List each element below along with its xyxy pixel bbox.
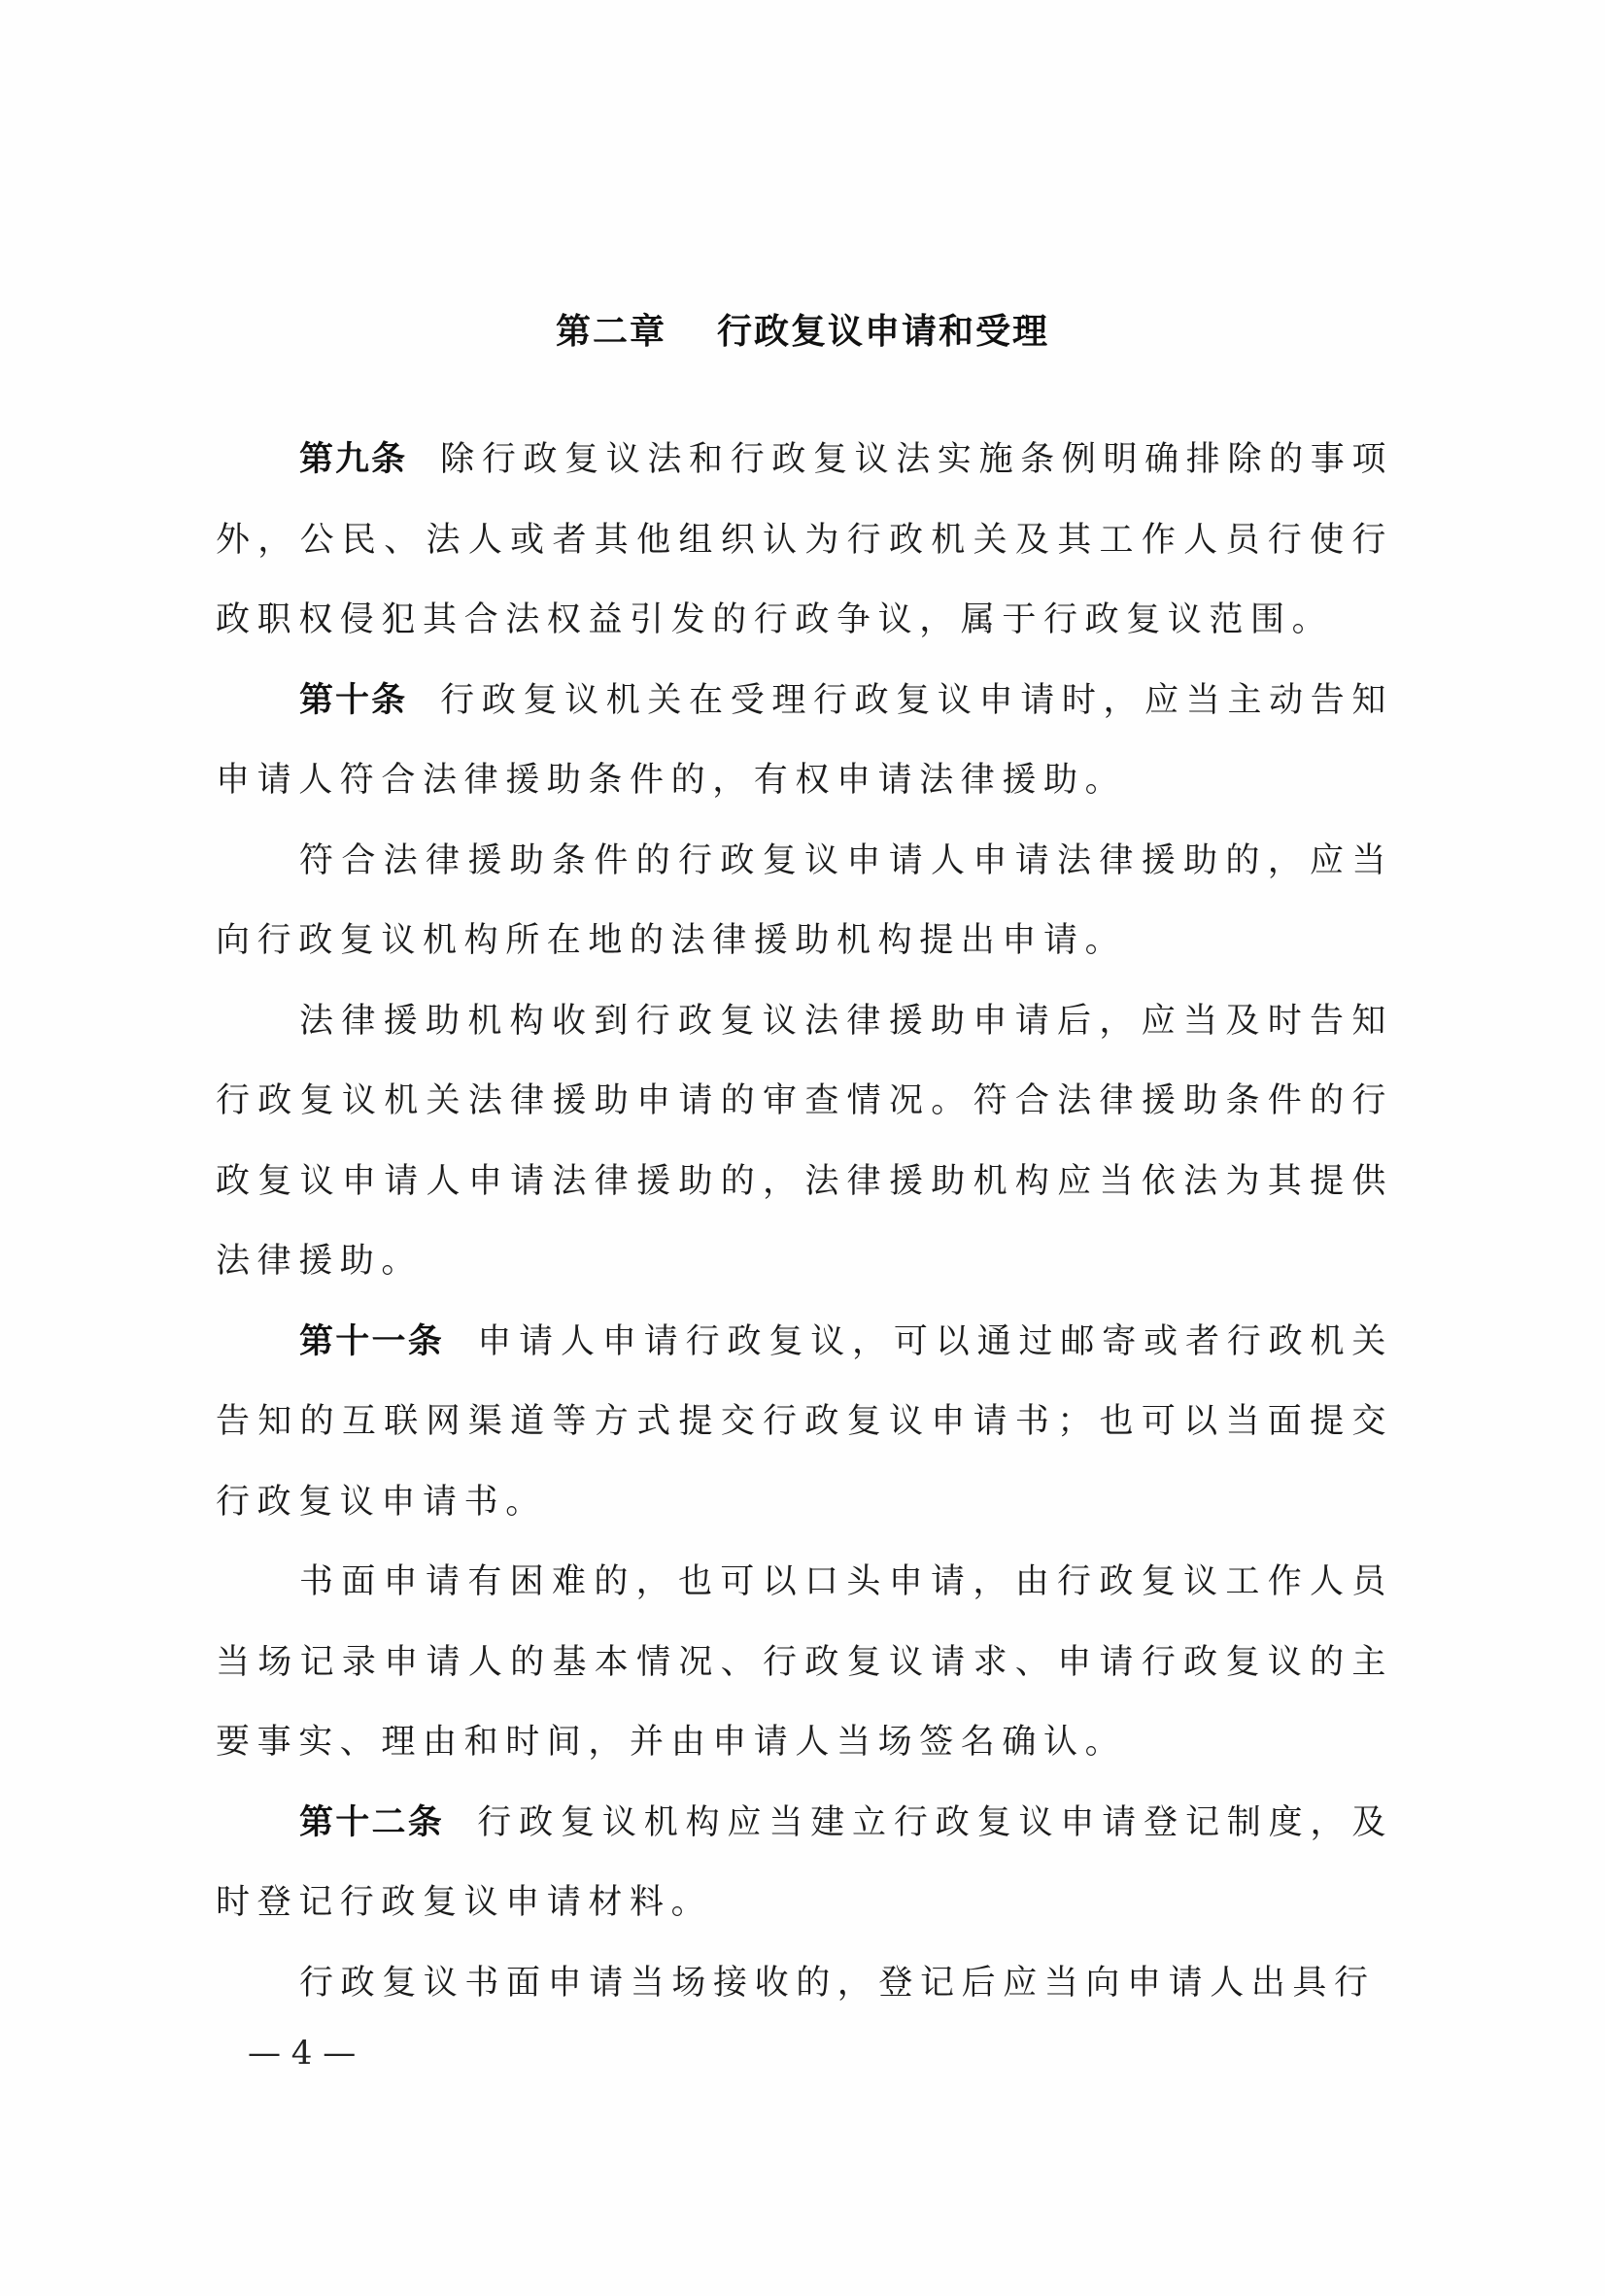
- article-9-paragraph: 第九条除行政复议法和行政复议法实施条例明确排除的事项外，公民、法人或者其他组织认…: [216, 420, 1393, 661]
- article-12-paragraph-2: 行政复议书面申请当场接收的，登记后应当向申请人出具行: [216, 1943, 1393, 2024]
- chapter-title: 第二章行政复议申请和受理: [0, 303, 1605, 361]
- paragraph-text: 符合法律援助条件的行政复议申请人申请法律援助的，应当向行政复议机构所在地的法律援…: [216, 841, 1393, 961]
- page-number: — 4 —: [248, 2031, 356, 2075]
- article-12-paragraph: 第十二条行政复议机构应当建立行政复议申请登记制度，及时登记行政复议申请材料。: [216, 1783, 1393, 1943]
- article-10-paragraph-3: 法律援助机构收到行政复议法律援助申请后，应当及时告知行政复议机关法律援助申请的审…: [216, 981, 1393, 1302]
- paragraph-text: 书面申请有困难的，也可以口头申请，由行政复议工作人员当场记录申请人的基本情况、行…: [216, 1562, 1393, 1762]
- article-11-paragraph-2: 书面申请有困难的，也可以口头申请，由行政复议工作人员当场记录申请人的基本情况、行…: [216, 1542, 1393, 1783]
- document-body: 第九条除行政复议法和行政复议法实施条例明确排除的事项外，公民、法人或者其他组织认…: [216, 420, 1393, 2023]
- document-page: 第二章行政复议申请和受理 第九条除行政复议法和行政复议法实施条例明确排除的事项外…: [0, 0, 1605, 2296]
- article-11-paragraph: 第十一条申请人申请行政复议，可以通过邮寄或者行政机关告知的互联网渠道等方式提交行…: [216, 1302, 1393, 1543]
- article-number: 第十一条: [299, 1322, 444, 1361]
- paragraph-text: 行政复议书面申请当场接收的，登记后应当向申请人出具行: [299, 1964, 1376, 2003]
- chapter-name: 行政复议申请和受理: [717, 312, 1049, 352]
- article-10-paragraph: 第十条行政复议机关在受理行政复议申请时，应当主动告知申请人符合法律援助条件的，有…: [216, 661, 1393, 821]
- article-number: 第九条: [299, 440, 407, 479]
- article-10-paragraph-2: 符合法律援助条件的行政复议申请人申请法律援助的，应当向行政复议机构所在地的法律援…: [216, 821, 1393, 981]
- article-number: 第十二条: [299, 1803, 444, 1842]
- article-number: 第十条: [299, 681, 407, 720]
- chapter-number: 第二章: [556, 312, 666, 352]
- paragraph-text: 法律援助机构收到行政复议法律援助申请后，应当及时告知行政复议机关法律援助申请的审…: [216, 1002, 1393, 1282]
